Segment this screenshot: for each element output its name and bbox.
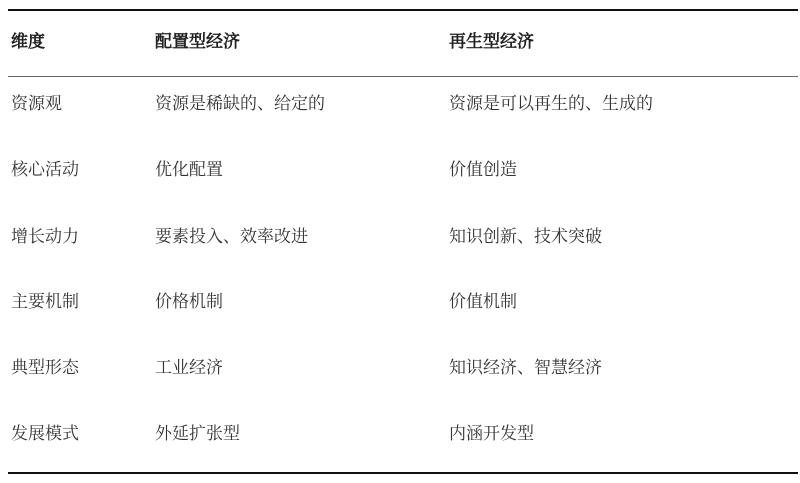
regenerative-cell: 知识经济、智慧经济 <box>449 356 602 380</box>
regenerative-cell: 内涵开发型 <box>449 422 534 446</box>
row-label: 资源观 <box>11 92 62 116</box>
allocation-cell: 资源是稀缺的、给定的 <box>155 92 325 116</box>
table-top-rule <box>8 9 798 11</box>
table-row: 典型形态 工业经济 知识经济、智慧经济 <box>0 356 800 380</box>
row-label: 主要机制 <box>11 290 79 314</box>
table-row: 资源观 资源是稀缺的、给定的 资源是可以再生的、生成的 <box>0 92 800 116</box>
table-row: 主要机制 价格机制 价值机制 <box>0 290 800 314</box>
allocation-cell: 优化配置 <box>155 158 223 182</box>
regenerative-cell: 价值机制 <box>449 290 517 314</box>
table-row: 核心活动 优化配置 价值创造 <box>0 158 800 182</box>
regenerative-cell: 价值创造 <box>449 158 517 182</box>
table-header-rule <box>8 76 798 77</box>
table-row: 增长动力 要素投入、效率改进 知识创新、技术突破 <box>0 225 800 249</box>
row-label: 增长动力 <box>11 225 79 249</box>
regenerative-cell: 知识创新、技术突破 <box>449 225 602 249</box>
table-header-row: 维度 配置型经济 再生型经济 <box>0 30 800 54</box>
allocation-cell: 要素投入、效率改进 <box>155 225 308 249</box>
row-label: 发展模式 <box>11 422 79 446</box>
row-label: 典型形态 <box>11 356 79 380</box>
header-allocation-economy: 配置型经济 <box>155 30 240 54</box>
allocation-cell: 外延扩张型 <box>155 422 240 446</box>
regenerative-cell: 资源是可以再生的、生成的 <box>449 92 653 116</box>
allocation-cell: 工业经济 <box>155 356 223 380</box>
header-dimension: 维度 <box>11 30 45 54</box>
row-label: 核心活动 <box>11 158 79 182</box>
header-regenerative-economy: 再生型经济 <box>449 30 534 54</box>
allocation-cell: 价格机制 <box>155 290 223 314</box>
table-row: 发展模式 外延扩张型 内涵开发型 <box>0 422 800 446</box>
table-bottom-rule <box>8 472 798 474</box>
